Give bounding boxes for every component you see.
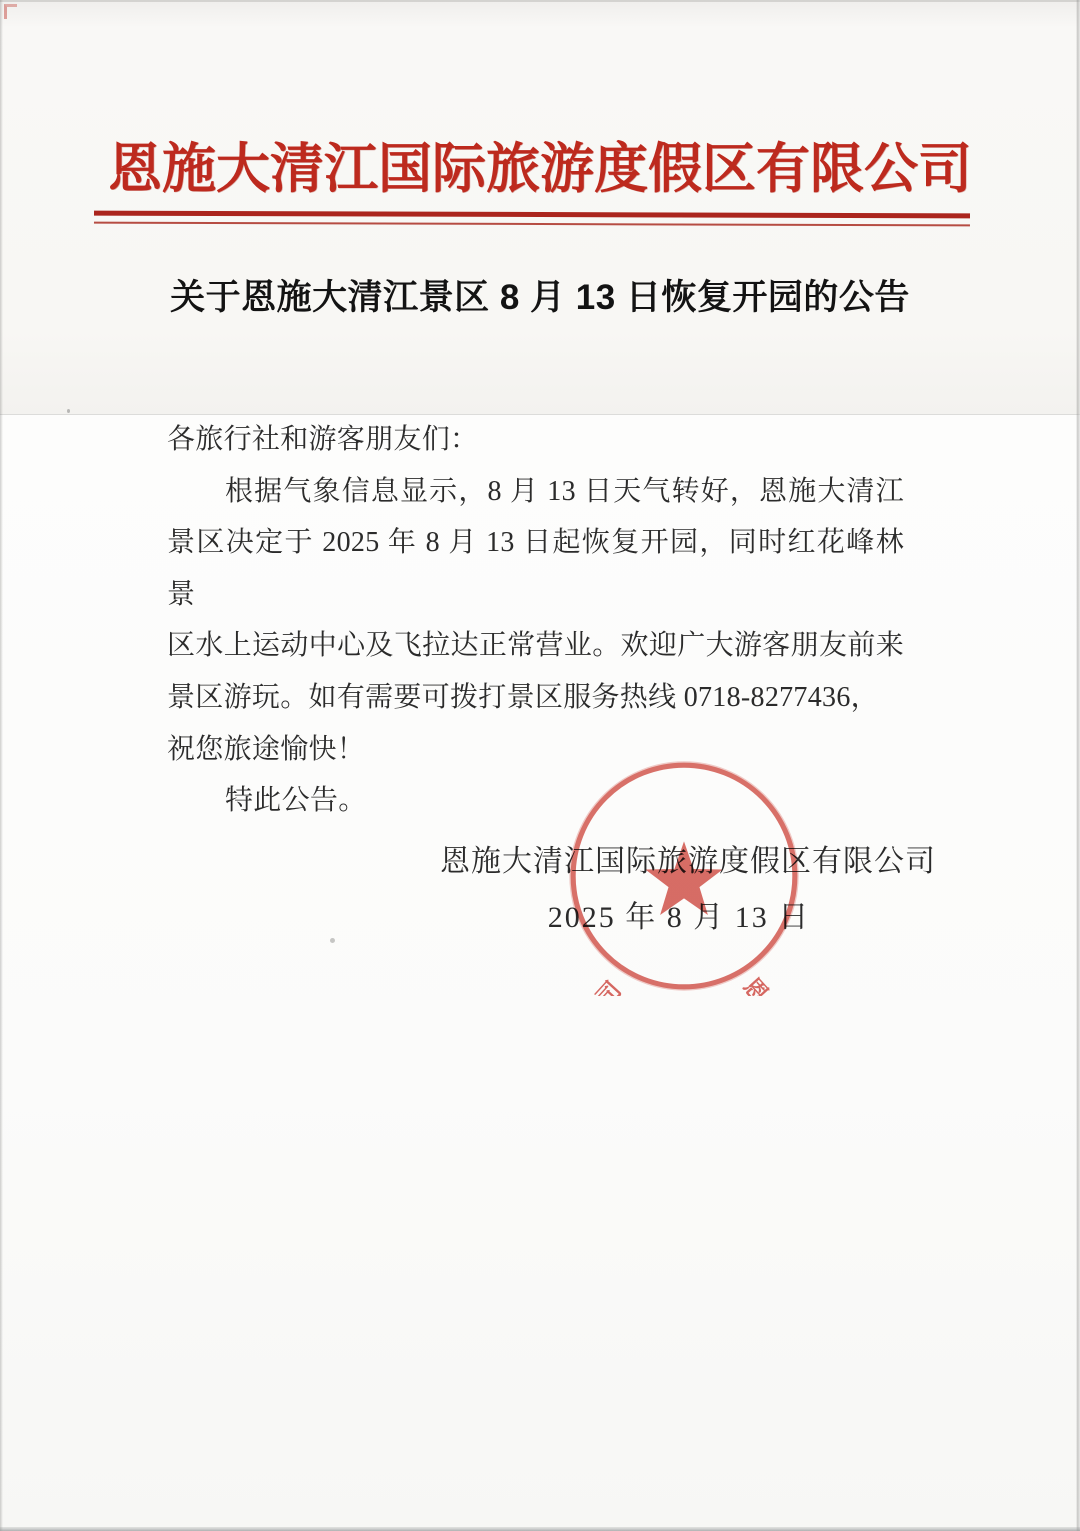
letterhead-divider [94,211,970,227]
announcement-body: 各旅行社和游客朋友们： 根据气象信息显示，8 月 13 日天气转好，恩施大清江 … [167,414,904,827]
scanned-document-page: 恩施大清江国际旅游度假区有限公司 关于恩施大清江景区 8 月 13 日恢复开园的… [0,0,1080,1531]
announcement-title: 关于恩施大清江景区 8 月 13 日恢复开园的公告 [0,270,1080,320]
scan-shading-top [0,0,1080,414]
closing-line: 特此公告。 [167,775,904,827]
page-edge-top [0,0,1080,2]
salutation-line: 各旅行社和游客朋友们： [167,414,904,466]
page-edge-bottom [0,1527,1080,1531]
body-line: 景区决定于 2025 年 8 月 13 日起恢复开园，同时红花峰林景 [167,517,904,620]
body-line: 祝您旅途愉快！ [167,724,904,776]
scan-speck [67,409,70,413]
page-edge-right [1076,0,1080,1531]
signature-date: 2025 年 8 月 13 日 [440,892,918,936]
signature-company-name: 恩施大清江国际旅游度假区有限公司 [440,836,930,880]
scan-speck [330,938,335,943]
letterhead-company-title: 恩施大清江国际旅游度假区有限公司 [0,126,1080,203]
body-line: 区水上运动中心及飞拉达正常营业。欢迎广大游客朋友前来 [167,620,904,672]
body-line: 根据气象信息显示，8 月 13 日天气转好，恩施大清江 [167,466,904,518]
scan-corner-artifact [4,4,17,19]
body-line-hotline: 景区游玩。如有需要可拨打景区服务热线 0718-8277436， [167,672,904,724]
page-edge-left [0,0,3,1531]
